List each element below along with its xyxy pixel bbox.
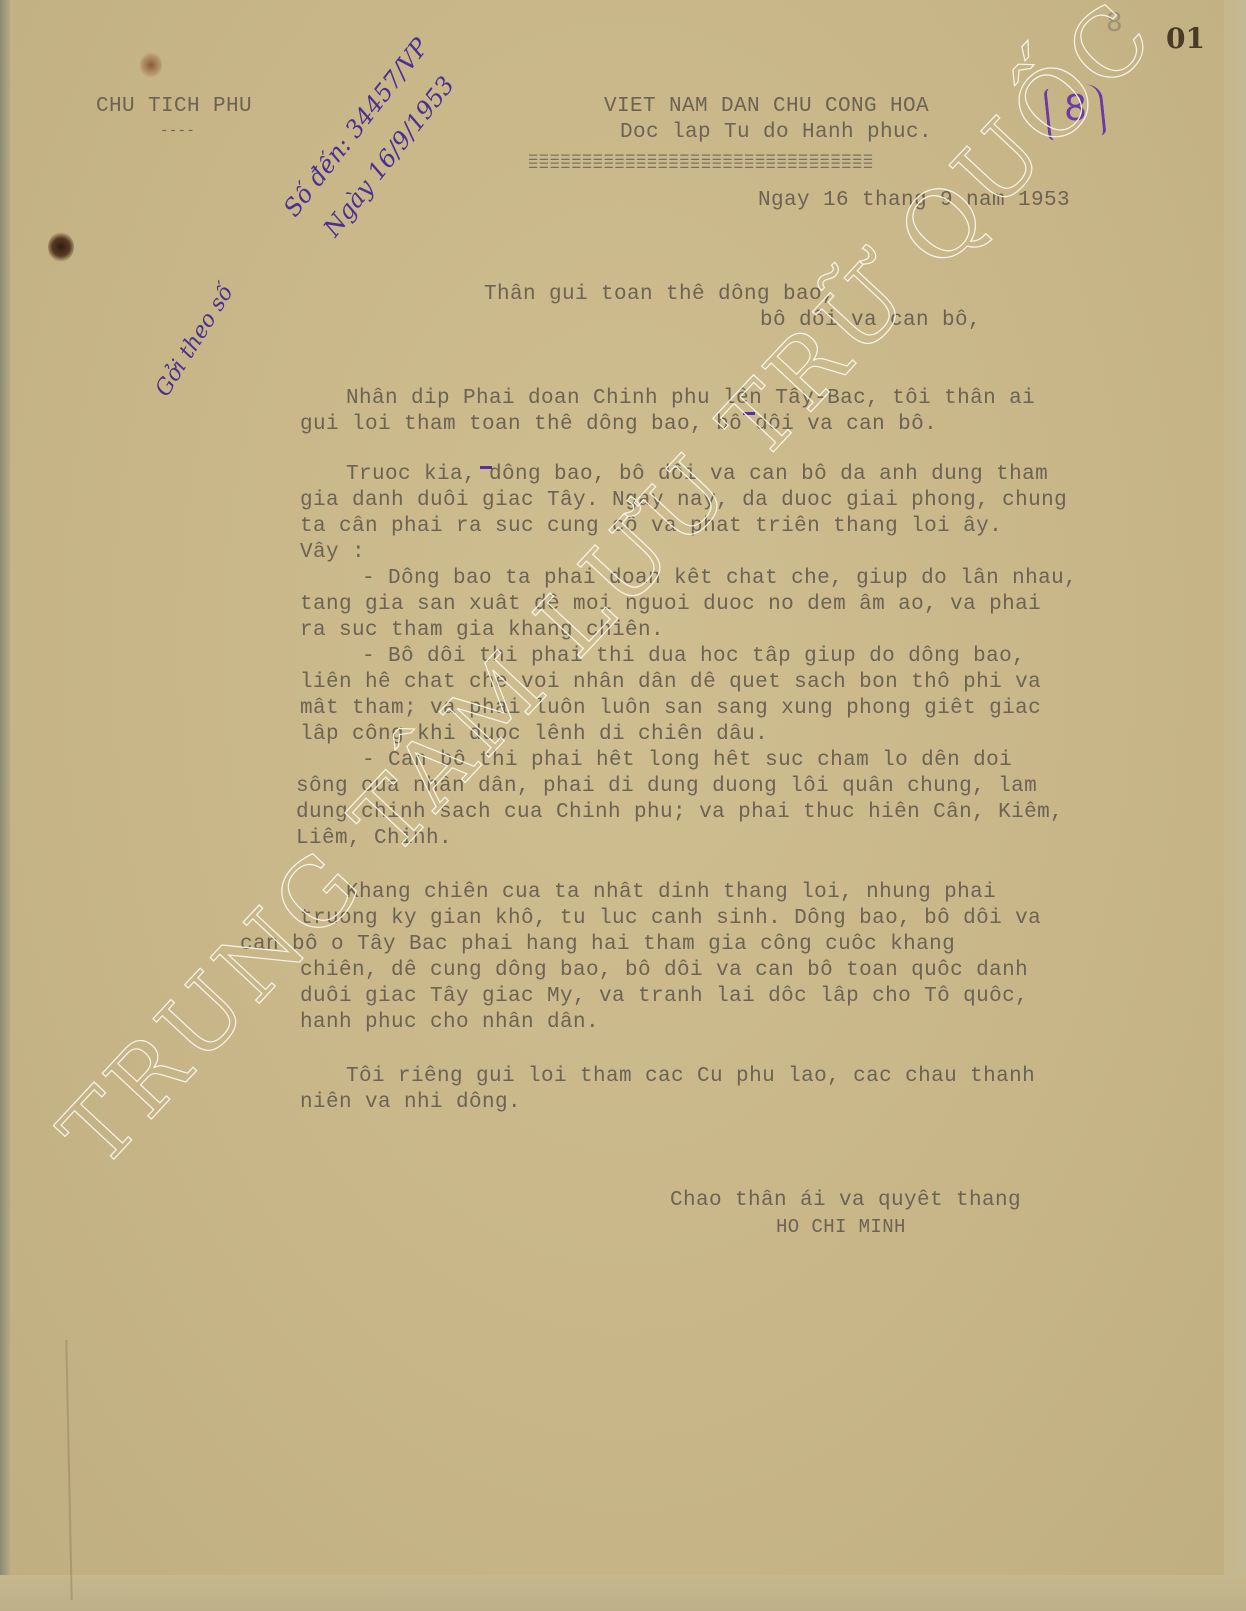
national-motto: Doc lap Tu do Hanh phuc. bbox=[620, 120, 932, 147]
text-line: chiên, dê cung dông bao, bô dôi va can b… bbox=[300, 958, 1028, 985]
burn-stain bbox=[48, 232, 74, 262]
closing-greeting: Chao thân ái va quyêt thang bbox=[670, 1188, 1021, 1215]
archive-note-handwriting: Gởi theo số bbox=[151, 281, 239, 401]
salutation-line-1: Thân gui toan thê dông bao, bbox=[484, 282, 835, 309]
signature-name: HO CHI MINH bbox=[776, 1214, 906, 1241]
office-underline: ---- bbox=[160, 118, 195, 145]
ink-spot bbox=[140, 52, 162, 78]
page-bottom-edge bbox=[0, 1575, 1246, 1611]
paper-crease bbox=[65, 1340, 72, 1600]
text-line: liên hê chat che voi nhân dân dê quet sa… bbox=[300, 670, 1041, 697]
text-line: truong ky gian khô, tu luc canh sinh. Dô… bbox=[300, 906, 1041, 933]
office-heading: CHU TICH PHU bbox=[96, 94, 252, 121]
text-line: Vây : bbox=[300, 540, 365, 567]
text-line: - Dông bao ta phai doan kêt chat che, gi… bbox=[362, 566, 1077, 593]
page-left-edge bbox=[0, 0, 10, 1611]
purple-correction-mark bbox=[480, 466, 492, 469]
page-right-edge bbox=[1224, 0, 1246, 1611]
text-line: duôi giac Tây giac My, va tranh lai dôc … bbox=[300, 984, 1028, 1011]
text-line: Nhân dip Phai doan Chinh phu lên Tây-Bac… bbox=[346, 386, 1035, 413]
country-heading: VIET NAM DAN CHU CONG HOA bbox=[604, 94, 929, 121]
text-line: gui loi tham toan thê dông bao, bô dôi v… bbox=[300, 412, 937, 439]
text-line: Tôi riêng gui loi tham cac Cu phu lao, c… bbox=[346, 1064, 1035, 1091]
text-line: niên va nhi dông. bbox=[300, 1090, 521, 1117]
header-divider-second: ================================ bbox=[528, 164, 874, 172]
text-line: hanh phuc cho nhân dân. bbox=[300, 1010, 599, 1037]
archival-letter-page: 8 01 CHU TICH PHU ---- VIET NAM DAN CHU … bbox=[0, 0, 1246, 1611]
text-line: Khang chiên cua ta nhât dinh thang loi, … bbox=[346, 880, 996, 907]
text-line: tang gia san xuât dê moi nguoi duoc no d… bbox=[300, 592, 1041, 619]
